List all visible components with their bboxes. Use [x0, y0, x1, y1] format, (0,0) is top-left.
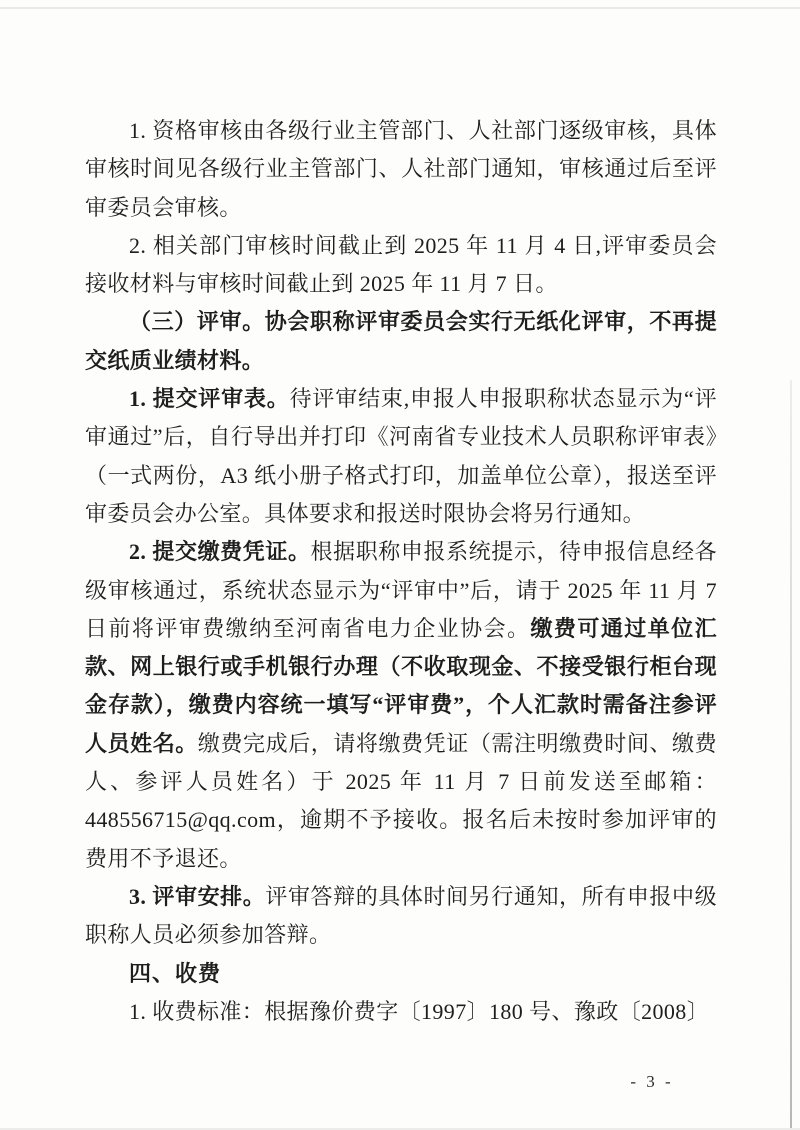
lead-submit-review-form: 1. 提交评审表。: [129, 386, 290, 411]
page-number: - 3 -: [592, 1072, 712, 1092]
paragraph-review-arrangement: 3. 评审安排。评审答辩的具体时间另行通知，所有申报中级职称人员必须参加答辩。: [85, 878, 717, 955]
scan-edge-right: [790, 380, 792, 1130]
paragraph-review-deadline: 2. 相关部门审核时间截止到 2025 年 11 月 4 日,评审委员会接收材料…: [85, 227, 717, 304]
document-body: 1. 资格审核由各级行业主管部门、人社部门逐级审核，具体审核时间见各级行业主管部…: [85, 112, 717, 1031]
paragraph-fee-standard: 1. 收费标准：根据豫价费字〔1997〕180 号、豫政〔2008〕: [85, 993, 717, 1031]
document-page: 1. 资格审核由各级行业主管部门、人社部门逐级审核，具体审核时间见各级行业主管部…: [0, 0, 800, 1130]
paragraph-submit-review-form: 1. 提交评审表。待评审结束,申报人申报职称状态显示为“评审通过”后，自行导出并…: [85, 380, 717, 533]
paragraph-qualification-review: 1. 资格审核由各级行业主管部门、人社部门逐级审核，具体审核时间见各级行业主管部…: [85, 112, 717, 227]
paragraph-payment-voucher: 2. 提交缴费凭证。根据职称申报系统提示，待申报信息经各级审核通过，系统状态显示…: [85, 533, 717, 878]
lead-payment-voucher: 2. 提交缴费凭证。: [129, 539, 311, 564]
scan-edge-top: [0, 7, 800, 9]
heading-fees: 四、收费: [85, 955, 717, 993]
paragraph-section3-evaluation: （三）评审。协会职称评审委员会实行无纸化评审，不再提交纸质业绩材料。: [85, 303, 717, 380]
lead-review-arrangement: 3. 评审安排。: [129, 884, 265, 909]
